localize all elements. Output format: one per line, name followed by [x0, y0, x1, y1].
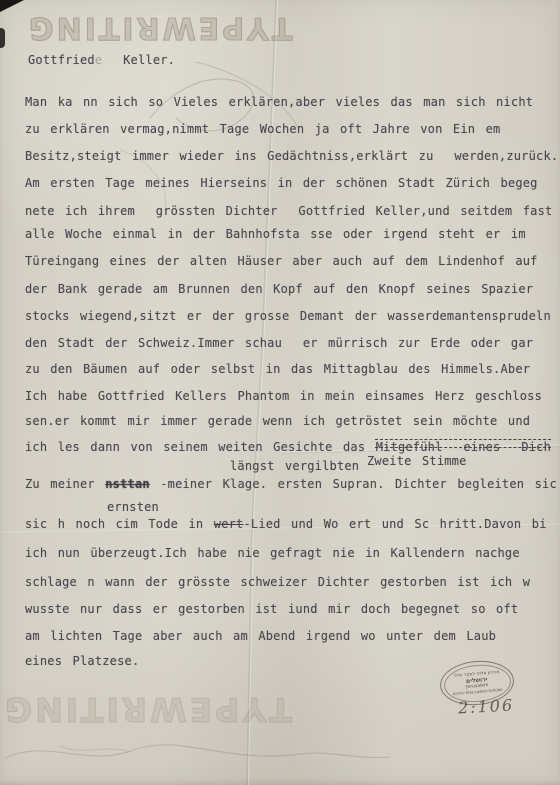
typed-line: den Stadt der Schweiz.Immer schau er mür…	[25, 336, 533, 350]
typed-line: nete ich ihrem grössten Dichter Gottfrie…	[25, 204, 552, 218]
typed-segment: Türeingang eines der alten Häuser aber a…	[25, 254, 538, 268]
typed-line: zu den Bäumen auf oder selbst in das Mit…	[25, 362, 530, 376]
typed-segment: e	[95, 53, 102, 67]
typed-segment: Besitz,steigt immer wieder ins Gedächtni…	[25, 149, 558, 163]
typed-segment: Zu meiner	[25, 477, 105, 491]
typed-segment: zu erklären vermag,nimmt Tage Wochen ja …	[25, 122, 500, 136]
stamp-city-text: Jerusalem	[466, 683, 489, 690]
typed-segment: stocks wiegend,sitzt er der grosse Deman…	[25, 309, 551, 323]
handwritten-shelfmark: 2:106	[458, 696, 515, 718]
typed-segment: eines Platzese.	[25, 654, 139, 668]
typed-line: am lichten Tage aber auch am Abend irgen…	[25, 629, 496, 643]
typed-segment: am lichten Tage aber auch am Abend irgen…	[25, 629, 496, 643]
typed-line: Zu meiner nsttan -meiner Klage. ersten S…	[25, 477, 557, 491]
typed-segment: den Stadt der Schweiz.Immer schau er mür…	[25, 336, 533, 350]
typed-line: Am ersten Tage meines Hierseins in der s…	[25, 176, 538, 190]
typed-line: eines Platzese.	[25, 654, 139, 668]
typed-line: stocks wiegend,sitzt er der grosse Deman…	[25, 309, 551, 323]
typed-segment: Zweite Stimme	[367, 454, 467, 468]
typed-segment: Gottfried	[28, 53, 95, 67]
typed-line: alle Woche einmal in der Bahnhofsta sse …	[25, 227, 526, 241]
typed-segment: -Lied und Wo ert und Sc hritt.Davon bi	[243, 517, 546, 531]
typed-segment: Ich habe Gottfried Kellers Phantom in me…	[25, 389, 542, 403]
typed-segment: schlage n wann der grösste schweizer Dic…	[25, 575, 530, 589]
typed-segment: -meiner Klage. ersten Supran. Dichter be…	[150, 477, 557, 491]
typed-line: Besitz,steigt immer wieder ins Gedächtni…	[25, 149, 558, 163]
typed-segment: ich les dann von seinem weiten Gesichte …	[25, 440, 376, 454]
typed-segment: ich nun überzeugt.Ich habe nie gefragt n…	[25, 546, 520, 560]
scanned-typescript-page: TYPEWRITING TYPEWRITING Gottfriede Kelle…	[0, 0, 560, 785]
scan-edge-artifact	[0, 28, 5, 48]
typed-segment: sen.er kommt mir immer gerade wenn ich g…	[25, 414, 530, 428]
typed-line: Türeingang eines der alten Häuser aber a…	[25, 254, 538, 268]
typed-line: ich les dann von seinem weiten Gesichte …	[25, 440, 551, 454]
typed-segment: längst vergilbten	[230, 459, 359, 473]
typed-line: sen.er kommt mir immer gerade wenn ich g…	[25, 414, 530, 428]
stamp-arc-top-text: ארכיון אלזה לסקר שילר	[453, 670, 500, 679]
typed-segment: nsttan	[105, 477, 150, 491]
interline-insert: Zweite Stimme	[367, 454, 467, 468]
typed-line: Man ka nn sich so Vieles erklären,aber v…	[25, 95, 533, 109]
typed-line: zu erklären vermag,nimmt Tage Wochen ja …	[25, 122, 500, 136]
interline-insert: längst vergilbten	[230, 459, 359, 473]
typed-line: Ich habe Gottfried Kellers Phantom in me…	[25, 389, 542, 403]
typed-segment: alle Woche einmal in der Bahnhofsta sse …	[25, 227, 526, 241]
typed-segment: wusste nur dass er gestorben ist iund mi…	[25, 602, 518, 616]
typed-line: sic h noch cim Tode in wert-Lied und Wo …	[25, 517, 547, 531]
typed-segment: nete ich ihrem grössten Dichter Gottfrie…	[25, 204, 552, 218]
scan-corner-artifact	[0, 0, 24, 12]
typed-line: der Bank gerade am Brunnen den Kopf auf …	[25, 282, 533, 296]
stamp-hebrew-city-text: ירושלים	[466, 676, 488, 685]
typed-line: wusste nur dass er gestorben ist iund mi…	[25, 602, 518, 616]
paper-watermark-top: TYPEWRITING	[26, 10, 292, 45]
typed-line: ich nun überzeugt.Ich habe nie gefragt n…	[25, 546, 520, 560]
typed-line: schlage n wann der grösste schweizer Dic…	[25, 575, 530, 589]
typed-segment: zu den Bäumen auf oder selbst in das Mit…	[25, 362, 530, 376]
interline-insert: ernsten	[107, 500, 159, 514]
typed-segment: sic h noch cim Tode in	[25, 517, 214, 531]
stamp-arc-bottom-text: Archiv Else Lasker-Schüler	[453, 688, 503, 697]
typed-segment: Keller.	[102, 53, 175, 67]
typed-segment: der Bank gerade am Brunnen den Kopf auf …	[25, 282, 533, 296]
typed-segment: Am ersten Tage meines Hierseins in der s…	[25, 176, 538, 190]
typed-segment: Man ka nn sich so Vieles erklären,aber v…	[25, 95, 533, 109]
typed-segment: Mitgefühl eines Dich	[376, 440, 551, 454]
typed-segment: wert	[214, 517, 244, 531]
document-title: Gottfriede Keller.	[28, 53, 175, 67]
paper-watermark-bottom: TYPEWRITING	[2, 690, 292, 729]
typed-segment: ernsten	[107, 500, 159, 514]
